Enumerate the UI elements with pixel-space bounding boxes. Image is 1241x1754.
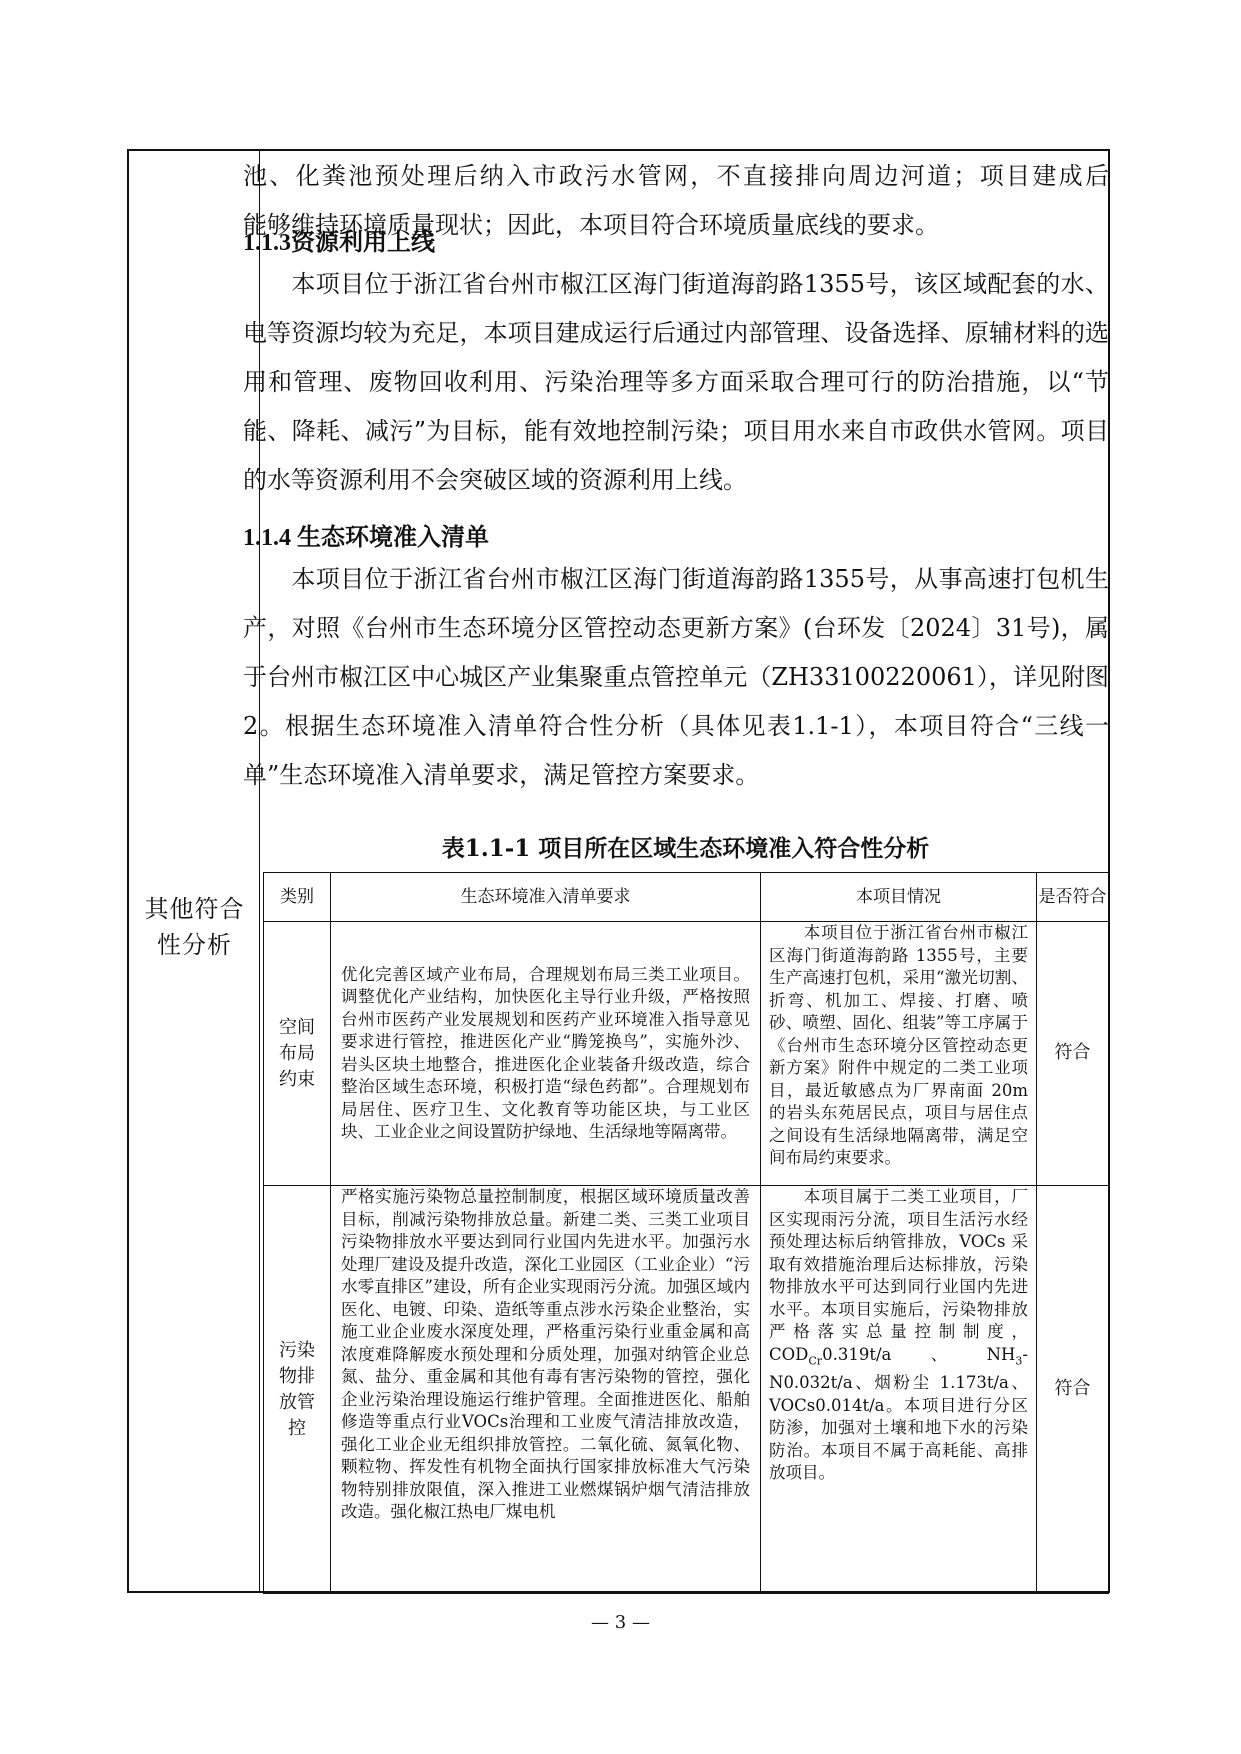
section-heading-1-1-4: 1.1.4 生态环境准入清单 (243, 517, 489, 552)
row-requirement: 优化完善区域产业布局，合理规划布局三类工业项目。调整优化产业结构，加快医化主导行… (331, 922, 761, 1186)
left-label-line-1: 其他符合 (129, 891, 260, 927)
row-category: 空间布局约束 (264, 922, 331, 1186)
compliance-table: 类别 生态环境准入清单要求 本项目情况 是否符合 空间布局约束 优化完善区域产业… (263, 872, 1109, 1594)
section-1-1-4-text: 本项目位于浙江省台州市椒江区海门街道海韵路1355号，从事高速打包机生产，对照《… (243, 565, 1109, 789)
row-compliant: 符合 (1037, 1186, 1109, 1594)
row-category: 污染物排放管控 (264, 1186, 331, 1594)
left-category-label: 其他符合 性分析 (129, 891, 260, 963)
left-label-line-2: 性分析 (129, 927, 260, 963)
page-number: — 3 — (0, 1612, 1241, 1633)
header-category: 类别 (264, 873, 331, 922)
header-compliant: 是否符合 (1037, 873, 1109, 922)
left-category-column: 其他符合 性分析 (129, 151, 260, 1591)
row-compliant: 符合 (1037, 922, 1109, 1186)
table-header-row: 类别 生态环境准入清单要求 本项目情况 是否符合 (264, 873, 1109, 922)
header-requirement: 生态环境准入清单要求 (331, 873, 761, 922)
section-heading-1-1-3: 1.1.3资源利用上线 (243, 222, 435, 257)
table-caption: 表1.1-1 项目所在区域生态环境准入符合性分析 (263, 830, 1108, 863)
section-1-1-3-paragraph: 本项目位于浙江省台州市椒江区海门街道海韵路1355号，该区域配套的水、电等资源均… (243, 260, 1109, 505)
section-1-1-3-text: 本项目位于浙江省台州市椒江区海门街道海韵路1355号，该区域配套的水、电等资源均… (243, 270, 1109, 494)
row-requirement: 严格实施污染物总量控制制度，根据区域环境质量改善目标，削减污染物排放总量。新建二… (331, 1186, 761, 1594)
section-1-1-4-paragraph: 本项目位于浙江省台州市椒江区海门街道海韵路1355号，从事高速打包机生产，对照《… (243, 555, 1109, 800)
table-row: 空间布局约束 优化完善区域产业布局，合理规划布局三类工业项目。调整优化产业结构，… (264, 922, 1109, 1186)
paragraph-line: 池、化粪池预处理后纳入市政污水管网，不直接排向周边河道；项目建成后 (243, 152, 1109, 201)
row-situation: 本项目位于浙江省台州市椒江区海门街道海韵路 1355号，主要生产高速打包机，采用… (761, 922, 1037, 1186)
table-row: 污染物排放管控 严格实施污染物总量控制制度，根据区域环境质量改善目标，削减污染物… (264, 1186, 1109, 1594)
row-situation: 本项目属于二类工业项目，厂区实现雨污分流，项目生活污水经预处理达标后纳管排放，V… (761, 1186, 1037, 1594)
header-situation: 本项目情况 (761, 873, 1037, 922)
